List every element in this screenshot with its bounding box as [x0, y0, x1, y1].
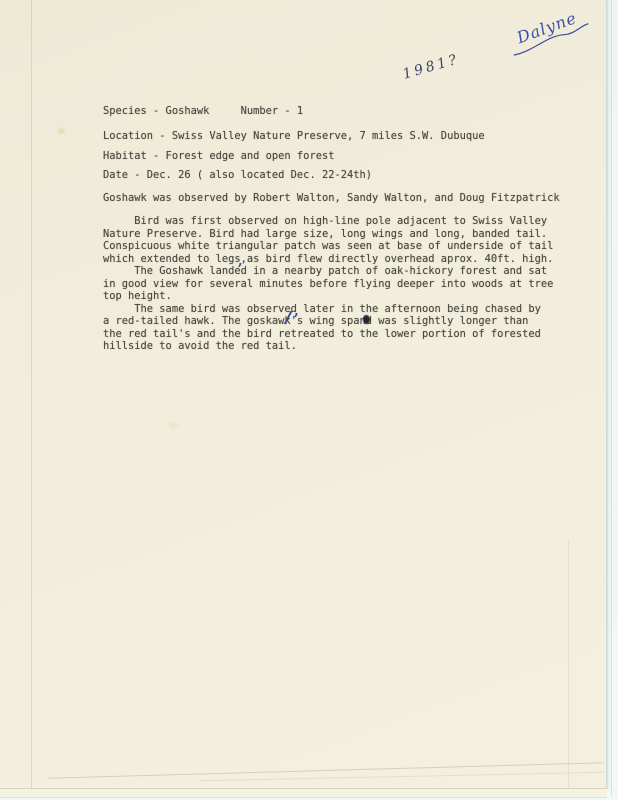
paper-fold-line-left: [31, 0, 32, 788]
paper-fold-line-right: [568, 540, 569, 788]
body-line: hillside to avoid the red tail.: [103, 340, 553, 353]
header-line-observers: Goshawk was observed by Robert Walton, S…: [103, 192, 560, 204]
body-line: The Goshawk landed in a nearby patch of …: [103, 265, 553, 278]
header-line-species: Species - Goshawk Number - 1: [103, 105, 303, 117]
body-line: Bird was first observed on high-line pol…: [103, 215, 553, 228]
body-line: The same bird was observed later in the …: [103, 303, 553, 316]
scan-background: Dalyne 1981? Species - Goshawk Number - …: [0, 0, 618, 800]
ink-blot-mark: [363, 315, 370, 324]
body-line: the red tail's and the bird retreated to…: [103, 328, 553, 341]
body-line: a red-tailed hawk. The goskawk's wing sp…: [103, 315, 553, 328]
body-line: which extended to legs,as bird flew dire…: [103, 253, 553, 266]
ink-mark-comma: ,: [238, 254, 243, 269]
body-line: Conspicuous white triangular patch was s…: [103, 240, 553, 253]
body-line: in good view for several minutes before …: [103, 278, 553, 291]
paper-sheet: [0, 0, 607, 788]
scan-edge-line: [611, 0, 612, 796]
paper-bottom-edge: [0, 788, 607, 798]
paper-stain: [168, 422, 178, 429]
header-line-date: Date - Dec. 26 ( also located Dec. 22-24…: [103, 169, 372, 181]
paper-stain: [58, 128, 65, 134]
body-line: Nature Preserve. Bird had large size, lo…: [103, 228, 553, 241]
header-line-habitat: Habitat - Forest edge and open forest: [103, 150, 334, 162]
body-line: top height.: [103, 290, 553, 303]
ink-mark-comma: ,: [294, 303, 299, 319]
report-body-text: Bird was first observed on high-line pol…: [103, 215, 553, 353]
header-line-location: Location - Swiss Valley Nature Preserve,…: [103, 130, 485, 142]
